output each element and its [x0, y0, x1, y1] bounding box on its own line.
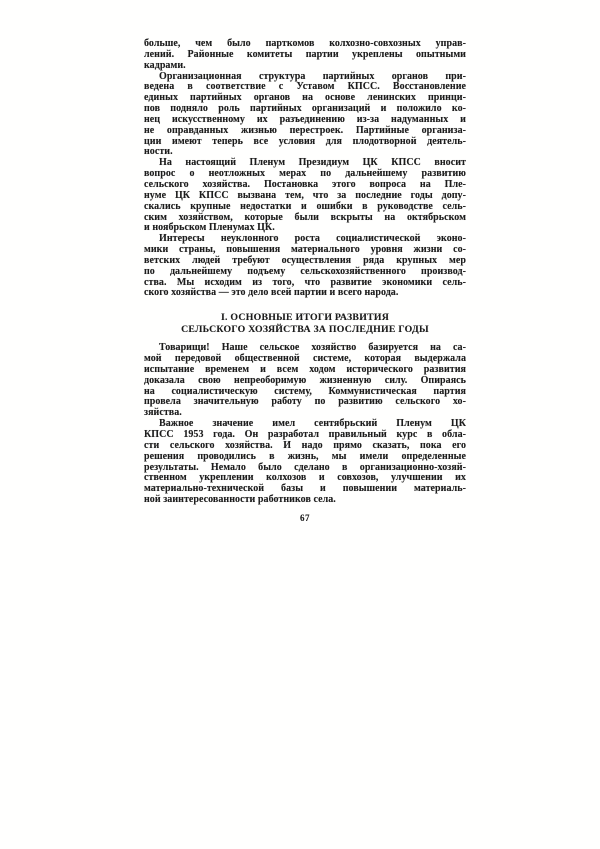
text-line: ции имеют теперь все условия для плодотв…: [144, 137, 466, 148]
text-line: скались крупные недостатки и ошибки в ру…: [144, 202, 466, 213]
text-line: по дальнейшему подъему сельскохозяйствен…: [144, 267, 466, 278]
text-line: ной заинтересованности работников села.: [144, 495, 466, 506]
section-heading-line-1: I. ОСНОВНЫЕ ИТОГИ РАЗВИТИЯ: [144, 312, 466, 324]
body-text-after-heading: Товарищи! Наше сельское хозяйство базиру…: [144, 343, 466, 506]
text-line: не оправданных жизнью перестроек. Партий…: [144, 126, 466, 137]
text-line: лений. Районные комитеты партии укреплен…: [144, 50, 466, 61]
text-line: решения проводились в жизнь, мы имели оп…: [144, 452, 466, 463]
text-line: доказала свою непреоборимую жизненную си…: [144, 376, 466, 387]
paragraph: Интересы неуклонного роста социалистичес…: [144, 234, 466, 299]
paragraph: Организационная структура партийных орга…: [144, 72, 466, 159]
text-column: больше, чем было парткомов колхозно-совх…: [144, 39, 466, 523]
section-heading: I. ОСНОВНЫЕ ИТОГИ РАЗВИТИЯ СЕЛЬСКОГО ХОЗ…: [144, 312, 466, 335]
page-number: 67: [144, 513, 466, 523]
text-line: кадрами.: [144, 61, 466, 72]
text-line: ского хозяйства — это дело всей партии и…: [144, 288, 466, 299]
text-line: провела значительную работу по развитию …: [144, 397, 466, 408]
paragraph: больше, чем было парткомов колхозно-совх…: [144, 39, 466, 72]
body-text-before-heading: больше, чем было парткомов колхозно-совх…: [144, 39, 466, 299]
paragraph: Важное значение имел сентябрьский Пленум…: [144, 419, 466, 506]
scanned-book-page: больше, чем было парткомов колхозно-совх…: [0, 0, 600, 849]
paragraph: На настоящий Пленум Президиум ЦК КПСС вн…: [144, 158, 466, 234]
paragraph: Товарищи! Наше сельское хозяйство базиру…: [144, 343, 466, 419]
section-heading-line-2: СЕЛЬСКОГО ХОЗЯЙСТВА ЗА ПОСЛЕДНИЕ ГОДЫ: [144, 324, 466, 336]
